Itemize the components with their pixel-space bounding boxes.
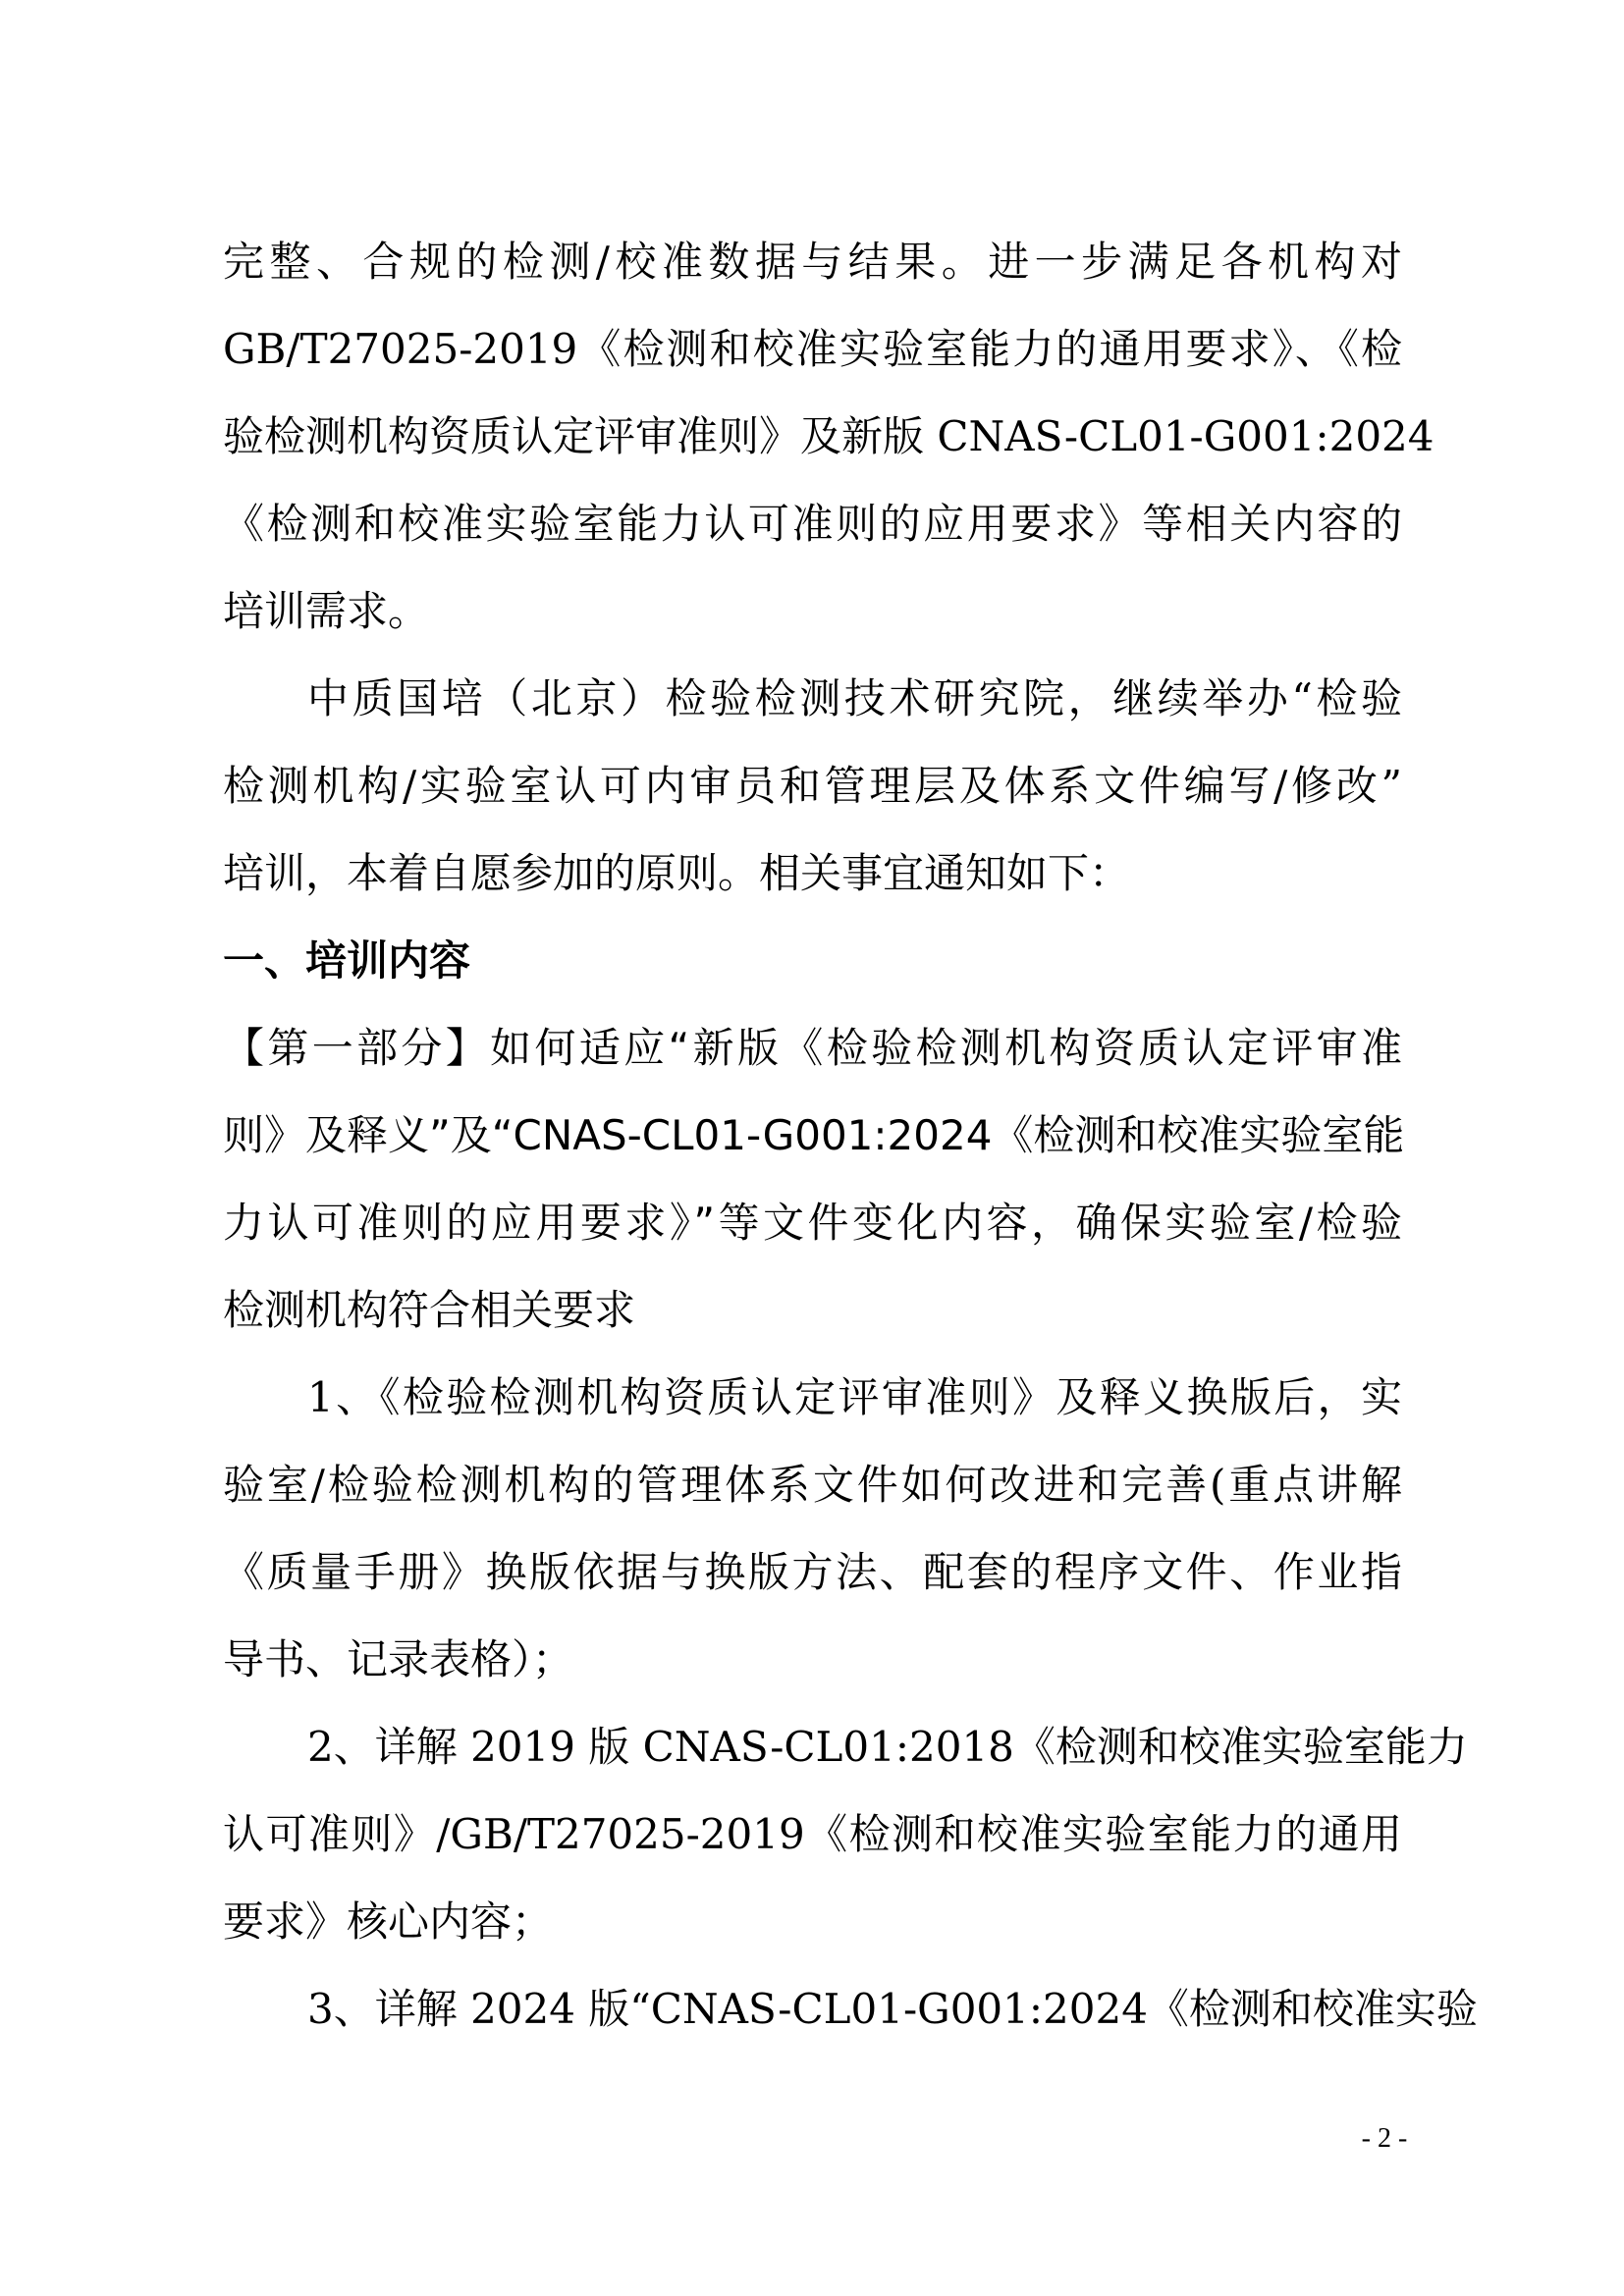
paragraph-line: 培训，本着自愿参加的原则。相关事宜通知如下： xyxy=(223,829,1402,917)
document-body: 完整、合规的检测/校准数据与结果。进一步满足各机构对 GB/T27025-201… xyxy=(223,218,1402,2053)
part-title-line: 则》及释义”及“CNAS-CL01-G001:2024《检测和校准实验室能 xyxy=(223,1092,1402,1179)
list-item-line: 2、详解 2019 版 CNAS-CL01:2018《检测和校准实验室能力 xyxy=(223,1703,1402,1790)
part-title-line: 力认可准则的应用要求》”等文件变化内容，确保实验室/检验 xyxy=(223,1179,1402,1266)
paragraph-line: GB/T27025-2019《检测和校准实验室能力的通用要求》、《检 xyxy=(223,305,1402,393)
paragraph-line: 检测机构/实验室认可内审员和管理层及体系文件编写/修改” xyxy=(223,742,1402,829)
paragraph-line: 完整、合规的检测/校准数据与结果。进一步满足各机构对 xyxy=(223,218,1402,305)
document-page: 完整、合规的检测/校准数据与结果。进一步满足各机构对 GB/T27025-201… xyxy=(0,0,1624,2296)
list-item-line: 《质量手册》换版依据与换版方法、配套的程序文件、作业指 xyxy=(223,1528,1402,1616)
paragraph-line: 《检测和校准实验室能力认可准则的应用要求》等相关内容的 xyxy=(223,480,1402,567)
list-item-line: 3、详解 2024 版“CNAS-CL01-G001:2024《检测和校准实验 xyxy=(223,1965,1402,2053)
list-item-line: 导书、记录表格）； xyxy=(223,1616,1402,1703)
list-item-line: 验室/检验检测机构的管理体系文件如何改进和完善(重点讲解 xyxy=(223,1441,1402,1528)
paragraph-line: 验检测机构资质认定评审准则》及新版 CNAS-CL01-G001:2024 xyxy=(223,393,1402,480)
paragraph-line: 培训需求。 xyxy=(223,567,1402,655)
paragraph-line: 中质国培（北京）检验检测技术研究院，继续举办“检验 xyxy=(223,655,1402,742)
part-title-line: 【第一部分】如何适应“新版《检验检测机构资质认定评审准 xyxy=(223,1004,1402,1092)
list-item-line: 认可准则》/GB/T27025-2019《检测和校准实验室能力的通用 xyxy=(223,1790,1402,1878)
list-item-line: 要求》核心内容； xyxy=(223,1878,1402,1965)
list-item-line: 1、《检验检测机构资质认定评审准则》及释义换版后，实 xyxy=(223,1354,1402,1441)
page-number: - 2 - xyxy=(1355,2123,1414,2155)
part-title-line: 检测机构符合相关要求 xyxy=(223,1266,1402,1354)
section-heading: 一、培训内容 xyxy=(223,917,1402,1004)
